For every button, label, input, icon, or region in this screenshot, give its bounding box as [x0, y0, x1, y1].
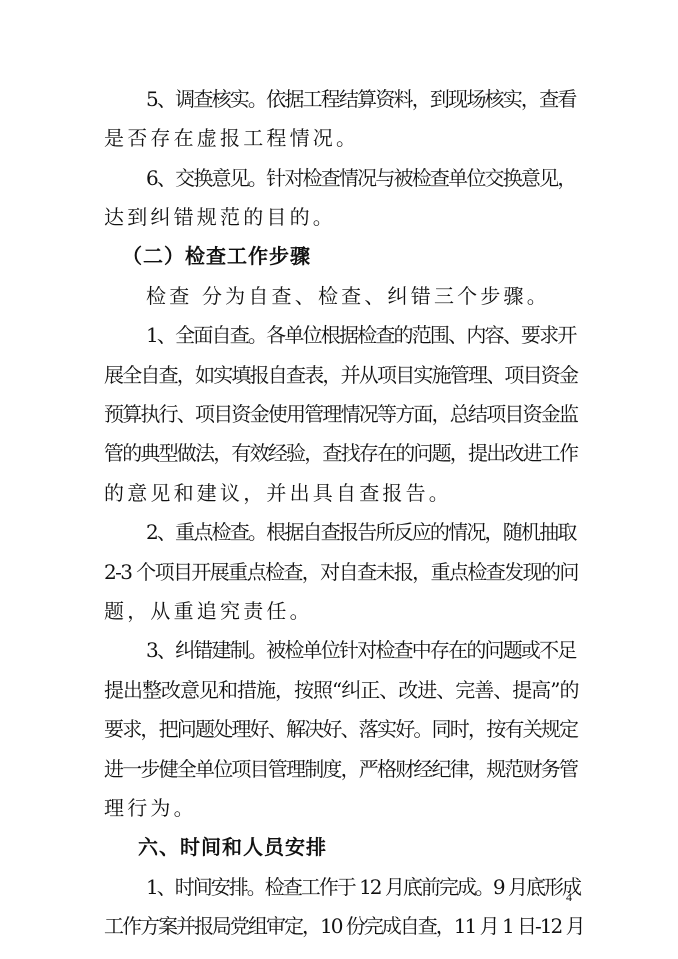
- paragraph-line: 达到纠错规范的目的。: [104, 203, 578, 231]
- paragraph-line: 提出整改意见和措施，按照“纠正、改进、完善、提高”的: [104, 676, 578, 704]
- paragraph-line: 是否存在虚报工程情况。: [104, 124, 578, 152]
- paragraph-line: 的意见和建议，并出具自查报告。: [104, 479, 578, 507]
- document-page: 5、调查核实。依据工程结算资料，到现场核实，查看是否存在虚报工程情况。6、交换意…: [0, 0, 678, 959]
- paragraph-line: 6、交换意见。针对检查情况与被检查单位交换意见，: [146, 164, 578, 192]
- paragraph-line: 题，从重追究责任。: [104, 597, 578, 625]
- paragraph-line: 3、纠错建制。被检单位针对检查中存在的问题或不足: [146, 636, 578, 664]
- paragraph-line: 1、全面自查。各单位根据检查的范围、内容、要求开: [146, 321, 578, 349]
- paragraph-line: 进一步健全单位项目管理制度，严格财经纪律，规范财务管: [104, 755, 578, 783]
- paragraph-line: 检查 分为自查、检查、纠错三个步骤。: [146, 282, 578, 310]
- paragraph-line: 2-3 个项目开展重点检查，对自查未报，重点检查发现的问: [104, 558, 578, 586]
- paragraph-line: 预算执行、项目资金使用管理情况等方面，总结项目资金监: [104, 400, 578, 428]
- paragraph-line: 工作方案并报局党组审定，10 份完成自查，11 月 1 日-12 月: [104, 912, 578, 940]
- paragraph-line: 要求，把问题处理好、解决好、落实好。同时，按有关规定: [104, 715, 578, 743]
- paragraph-line: 2、重点检查。根据自查报告所反应的情况，随机抽取: [146, 518, 578, 546]
- paragraph-line: 展全自查，如实填报自查表，并从项目实施管理、项目资金: [104, 361, 578, 389]
- paragraph-line: 管的典型做法，有效经验，查找存在的问题，提出改进工作: [104, 439, 578, 467]
- section-heading: （二）检查工作步骤: [122, 242, 554, 270]
- paragraph-line: 1、时间安排。检查工作于 12 月底前完成。9 月底形成: [146, 873, 578, 901]
- page-number: 4: [566, 890, 572, 905]
- paragraph-line: 理行为。: [104, 794, 578, 822]
- paragraph-line: 5、调查核实。依据工程结算资料，到现场核实，查看: [146, 85, 578, 113]
- section-heading: 六、时间和人员安排: [138, 833, 570, 861]
